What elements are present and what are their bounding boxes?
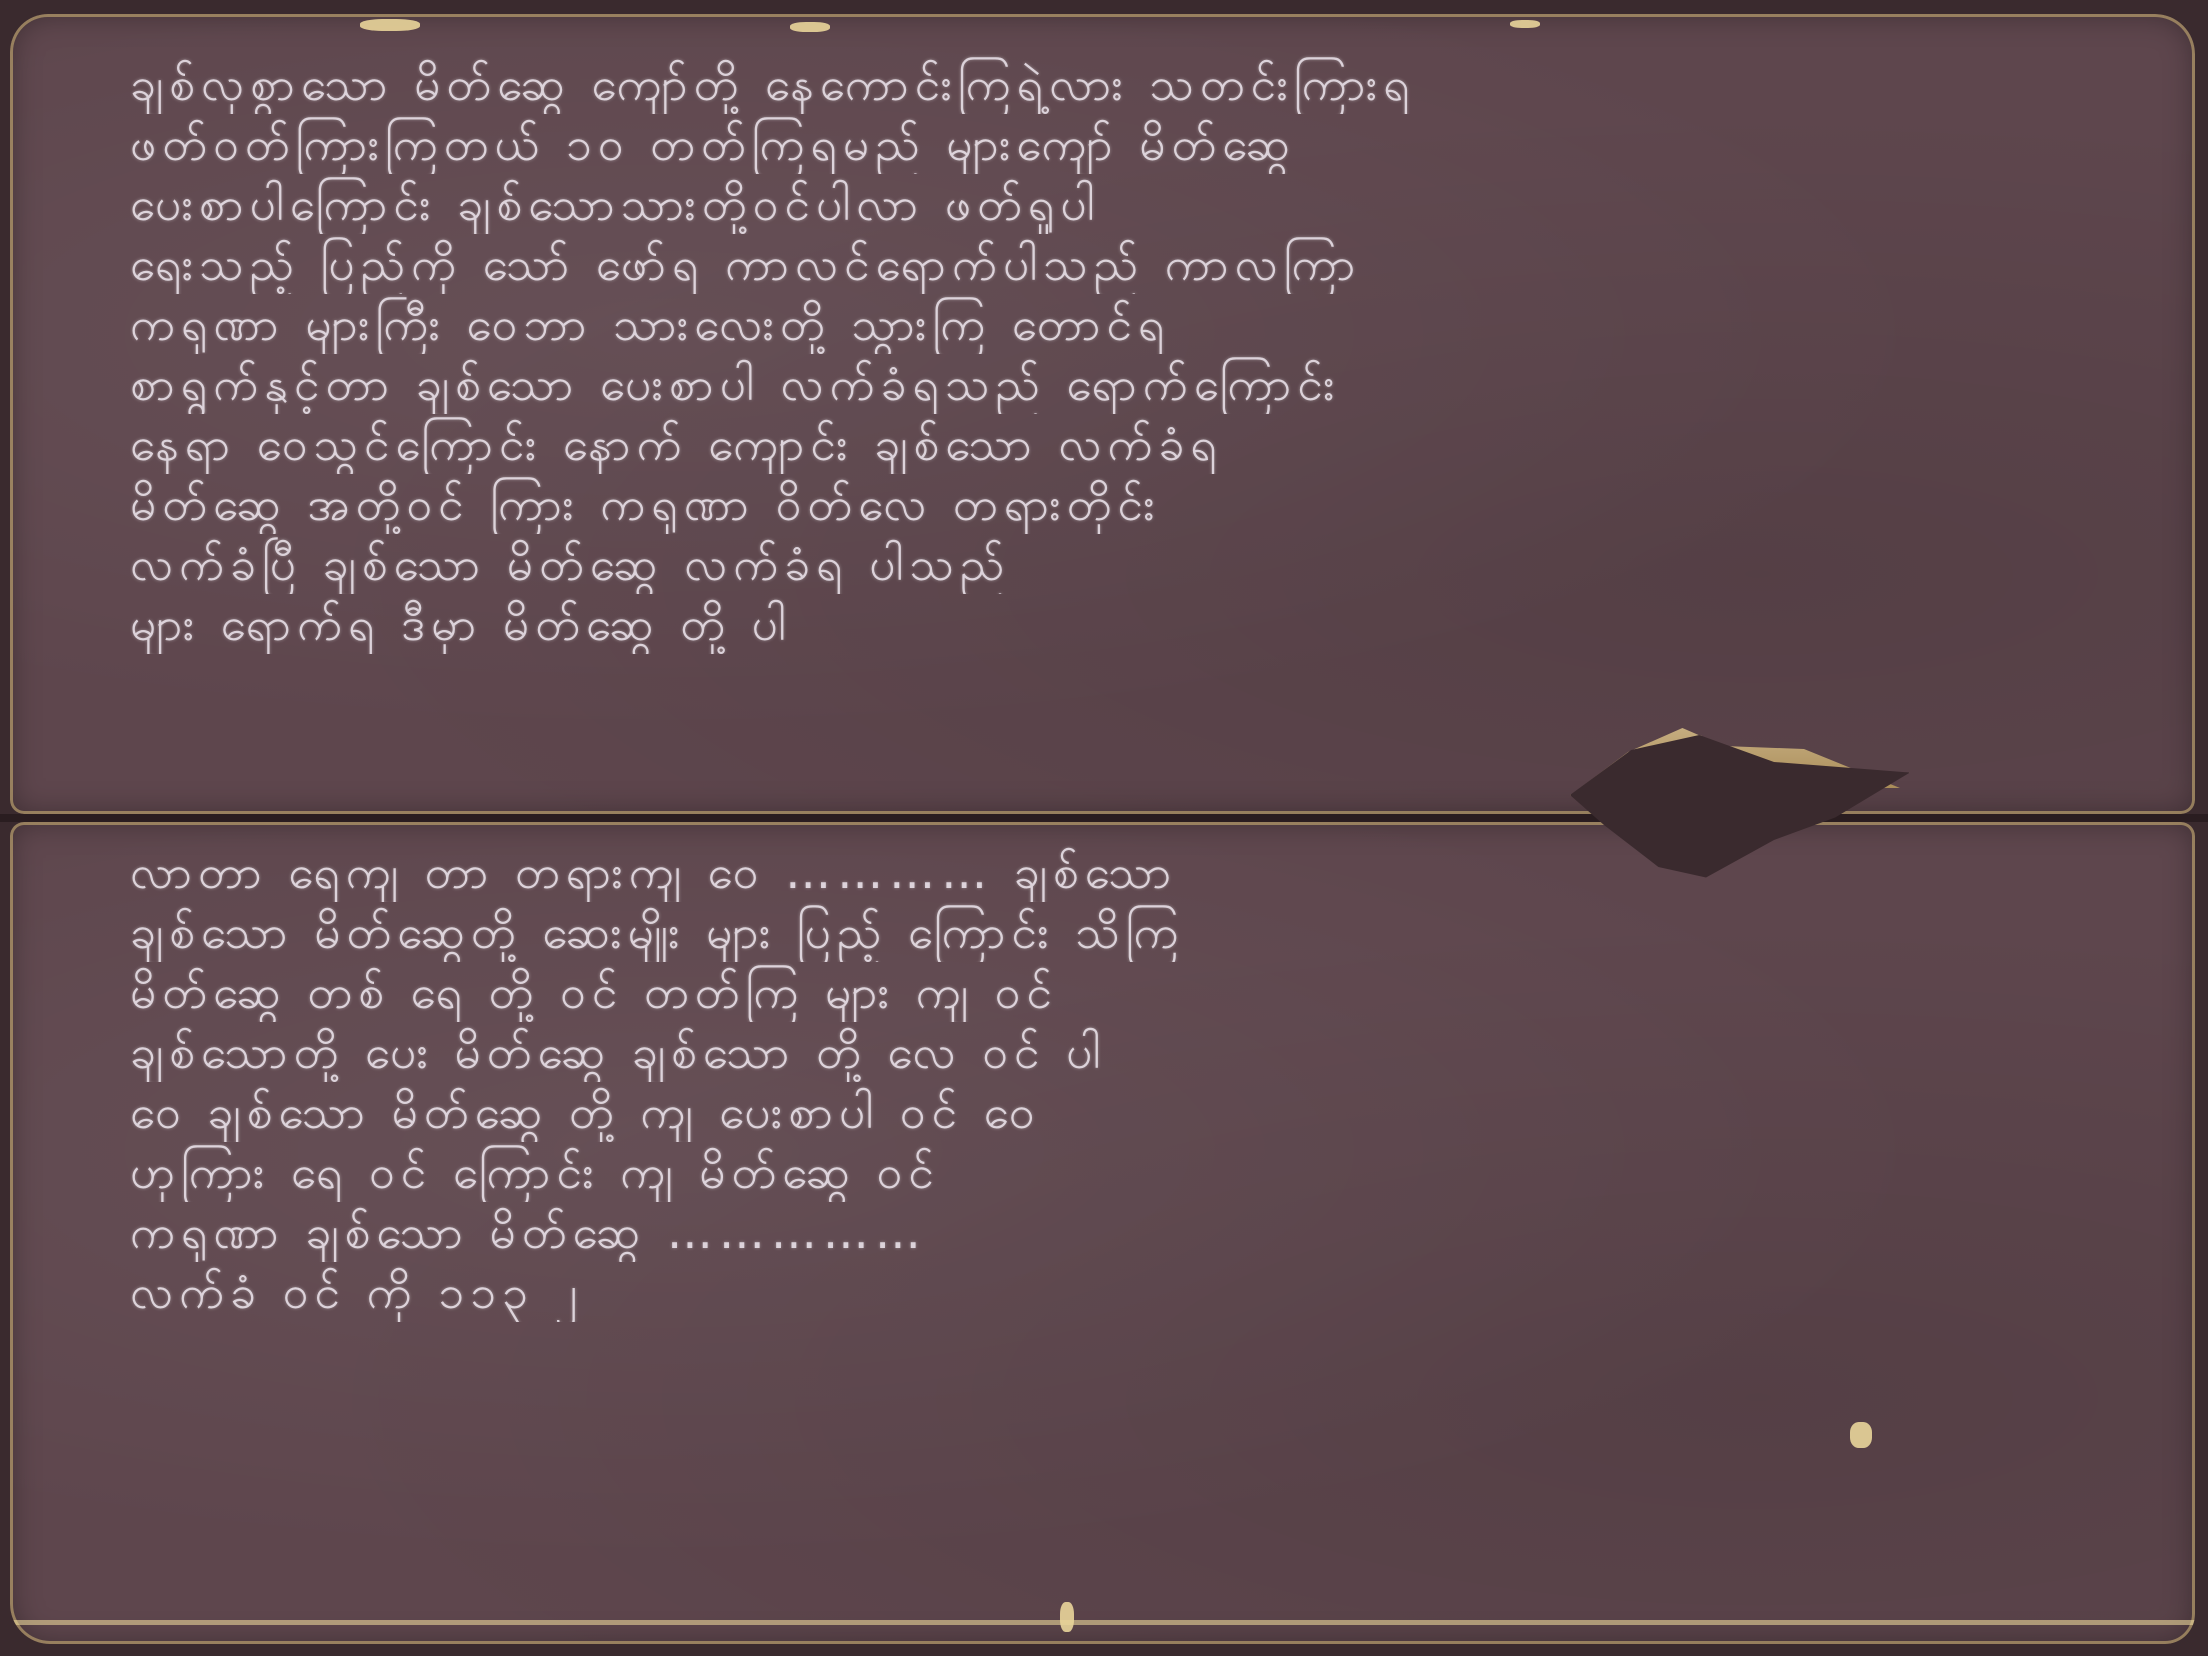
gold-edge xyxy=(10,1620,2195,1625)
gold-flake xyxy=(1850,1422,1872,1448)
gold-flake xyxy=(1060,1602,1074,1632)
manuscript-line: နေရာ ဝေသွင်ကြောင်း နောက် ကျောင်း ချစ်သော… xyxy=(130,414,2135,474)
manuscript-line: လက်ခံ ဝင် ကို ၁၁၃ ၂ xyxy=(130,1262,2135,1322)
text-block-top: ချစ်လှစွာသော မိတ်ဆွေ ကျော်တို့ နေကောင်းက… xyxy=(130,54,2135,654)
manuscript-line: ရေးသည့် ပြည်ကို သော် ဖော်ရ ကာလင်ရောက်ပါသ… xyxy=(130,234,2135,294)
gold-flake xyxy=(790,22,830,32)
manuscript-line: များ ရောက်ရ ဒီမှာ မိတ်ဆွေ တို့ ပါ xyxy=(130,594,2135,654)
manuscript-line: ဖတ်ဝတ်ကြားကြတယ် ၁၀ တတ်ကြရမည် များကျော် မ… xyxy=(130,114,2135,174)
fold-line xyxy=(0,814,2208,822)
gold-flake xyxy=(360,19,420,31)
manuscript-line: ချစ်သော မိတ်ဆွေတို့ ဆေးမျိုး များ ပြည့် … xyxy=(130,902,2135,962)
manuscript-line: ချစ်သောတို့ ပေး မိတ်ဆွေ ချစ်သော တို့ လေ … xyxy=(130,1022,2135,1082)
manuscript-panel-top: ချစ်လှစွာသော မိတ်ဆွေ ကျော်တို့ နေကောင်းက… xyxy=(10,14,2195,814)
manuscript-line: မိတ်ဆွေ အတို့ဝင် ကြား ကရုဏာ ဝိတ်လေ တရားတ… xyxy=(130,474,2135,534)
text-block-bottom: လာတာ ရေကျ တာ တရားကျ ဝေ ………… ချစ်သော ချစ်… xyxy=(130,842,2135,1322)
gold-flake xyxy=(1510,20,1540,28)
manuscript-line: လက်ခံပြီ ချစ်သော မိတ်ဆွေ လက်ခံရ ပါသည် xyxy=(130,534,2135,594)
manuscript-panel-bottom: လာတာ ရေကျ တာ တရားကျ ဝေ ………… ချစ်သော ချစ်… xyxy=(10,822,2195,1644)
manuscript-line: ဝေ ချစ်သော မိတ်ဆွေ တို့ ကျ ပေးစာပါ ဝင် ဝ… xyxy=(130,1082,2135,1142)
manuscript-line: စာရွက်နှင့်တာ ချစ်သော ပေးစာပါ လက်ခံရသည် … xyxy=(130,354,2135,414)
manuscript-line: ပေးစာပါကြောင်း ချစ်သောသားတို့ဝင်ပါလာ ဖတ်… xyxy=(130,174,2135,234)
manuscript-line: မိတ်ဆွေ တစ် ရေ တို့ ဝင် တတ်ကြ များ ကျ ဝင… xyxy=(130,962,2135,1022)
manuscript-line: ကရုဏာ များကြီး ဝေဘာ သားလေးတို့ သွားကြ တေ… xyxy=(130,294,2135,354)
manuscript-line: ကရုဏာ ချစ်သော မိတ်ဆွေ …………… xyxy=(130,1202,2135,1262)
manuscript-line: လာတာ ရေကျ တာ တရားကျ ဝေ ………… ချစ်သော xyxy=(130,842,2135,902)
manuscript-line: ဟုကြား ရေ ဝင် ကြောင်း ကျ မိတ်ဆွေ ဝင် xyxy=(130,1142,2135,1202)
manuscript-line: ချစ်လှစွာသော မိတ်ဆွေ ကျော်တို့ နေကောင်းက… xyxy=(130,54,2135,114)
